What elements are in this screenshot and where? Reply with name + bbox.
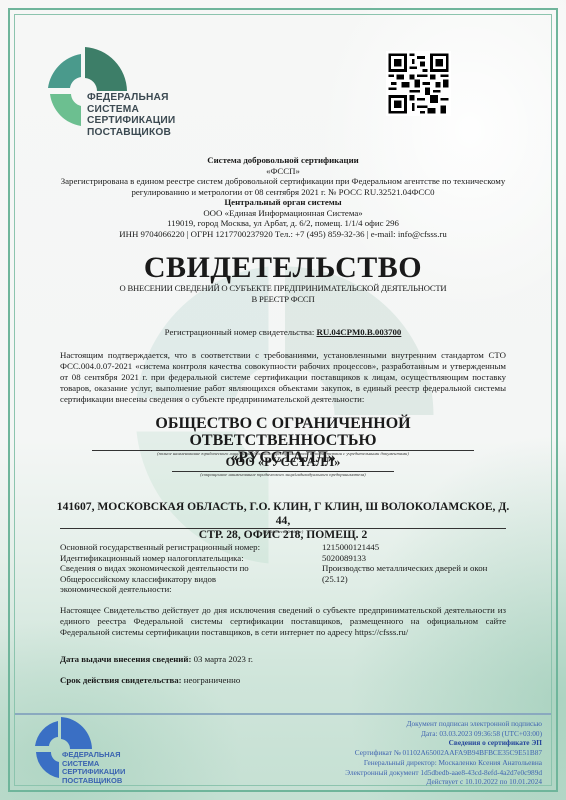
logo-line: ФЕДЕРАЛЬНАЯ bbox=[87, 92, 175, 104]
logo-line: ПОСТАВЩИКОВ bbox=[62, 777, 125, 786]
validity-paragraph: Настоящее Свидетельство действует до дня… bbox=[60, 605, 506, 638]
registration-number-value: RU.04CPM0.B.003700 bbox=[317, 327, 402, 337]
validity-term: Срок действия свидетельства: неограничен… bbox=[60, 675, 240, 685]
issue-date-label: Дата выдачи внесения сведений: bbox=[60, 654, 191, 664]
detail-value: Производство металлических дверей и окон… bbox=[322, 563, 506, 595]
short-name-caption: (сокращенное наименование юридического л… bbox=[172, 472, 394, 477]
issue-date: Дата выдачи внесения сведений: 03 марта … bbox=[60, 654, 253, 664]
detail-label: Идентификационный номер налогоплательщик… bbox=[60, 553, 270, 564]
signature-document-id: Электронный документ 1d5dbedb-aae8-43cd-… bbox=[212, 768, 542, 778]
logo-line: СИСТЕМА bbox=[87, 104, 175, 116]
issue-date-value: 03 марта 2023 г. bbox=[194, 654, 253, 664]
signature-line: Документ подписан электронной подписью bbox=[212, 719, 542, 729]
document-title: СВИДЕТЕЛЬСТВО bbox=[40, 252, 526, 284]
electronic-signature-block: Документ подписан электронной подписью Д… bbox=[212, 719, 542, 787]
logo-line: СЕРТИФИКАЦИИ bbox=[87, 115, 175, 127]
signature-validity: Действует с 10.10.2022 по 10.01.2024 bbox=[212, 777, 542, 787]
subject-details: Основной государственный регистрационный… bbox=[60, 542, 506, 595]
signature-date: Дата: 03.03.2023 09:36:58 (UTC+03:00) bbox=[212, 729, 542, 739]
system-abbr: «ФССП» bbox=[40, 166, 526, 177]
detail-value: 5020089133 bbox=[322, 553, 506, 564]
system-name: Система добровольной сертификации bbox=[40, 155, 526, 166]
footer-logo-text: ФЕДЕРАЛЬНАЯ СИСТЕМА СЕРТИФИКАЦИИ ПОСТАВЩ… bbox=[62, 751, 125, 785]
intro-paragraph: Настоящим подтверждается, что в соответс… bbox=[60, 350, 506, 405]
signature-certificate: Сертификат № 01102A65002AAFA9B94BFBCE35C… bbox=[212, 748, 542, 758]
central-body-contacts: ИНН 9704066220 | ОГРН 1217700237920 Тел.… bbox=[40, 229, 526, 240]
detail-row-inn: Идентификационный номер налогоплательщик… bbox=[60, 553, 506, 564]
qr-code[interactable] bbox=[386, 51, 451, 116]
central-body-label: Центральный орган системы bbox=[40, 197, 526, 208]
detail-row-ogrn: Основной государственный регистрационный… bbox=[60, 542, 506, 553]
detail-row-okved: Сведения о видах экономической деятельно… bbox=[60, 563, 506, 595]
footer-divider bbox=[15, 713, 551, 715]
fssp-logo-text: ФЕДЕРАЛЬНАЯ СИСТЕМА СЕРТИФИКАЦИИ ПОСТАВЩ… bbox=[87, 92, 175, 138]
central-body-address: 119019, город Москва, ул Арбат, д. 6/2, … bbox=[40, 218, 526, 229]
validity-term-value: неограниченно bbox=[184, 675, 240, 685]
registration-number: Регистрационный номер свидетельства: RU.… bbox=[40, 327, 526, 337]
registration-number-label: Регистрационный номер свидетельства: bbox=[165, 327, 315, 337]
qr-code-icon bbox=[386, 51, 451, 116]
logo-line: ПОСТАВЩИКОВ bbox=[87, 127, 175, 139]
full-name-line: ОБЩЕСТВО С ОГРАНИЧЕННОЙ ОТВЕТСТВЕННОСТЬЮ bbox=[70, 415, 496, 449]
document-subtitle: О ВНЕСЕНИИ СВЕДЕНИЙ О СУБЪЕКТЕ ПРЕДПРИНИ… bbox=[40, 283, 526, 304]
address-line: 141607, МОСКОВСКАЯ ОБЛАСТЬ, Г.О. КЛИН, Г… bbox=[55, 500, 511, 528]
registration-info: Зарегистрирована в едином реестре систем… bbox=[40, 176, 526, 197]
validity-term-label: Срок действия свидетельства: bbox=[60, 675, 182, 685]
detail-label: Основной государственный регистрационный… bbox=[60, 542, 270, 553]
subtitle-line: О ВНЕСЕНИИ СВЕДЕНИЙ О СУБЪЕКТЕ ПРЕДПРИНИ… bbox=[40, 283, 526, 294]
detail-label: Сведения о видах экономической деятельно… bbox=[60, 563, 270, 595]
signature-director: Генеральный директор: Москаленко Ксения … bbox=[212, 758, 542, 768]
central-body-name: ООО «Единая Информационная Система» bbox=[40, 208, 526, 219]
legal-address: 141607, МОСКОВСКАЯ ОБЛАСТЬ, Г.О. КЛИН, Г… bbox=[55, 500, 511, 542]
address-caption: (юридический адрес) bbox=[60, 529, 506, 534]
subtitle-line: В РЕЕСТР ФССП bbox=[40, 294, 526, 305]
organization-short-name: ООО «РУССТАЛЛ» bbox=[70, 455, 496, 470]
detail-value: 1215000121445 bbox=[322, 542, 506, 553]
signature-heading: Сведения о сертификате ЭП bbox=[212, 738, 542, 748]
certification-system-header: Система добровольной сертификации «ФССП»… bbox=[40, 155, 526, 239]
